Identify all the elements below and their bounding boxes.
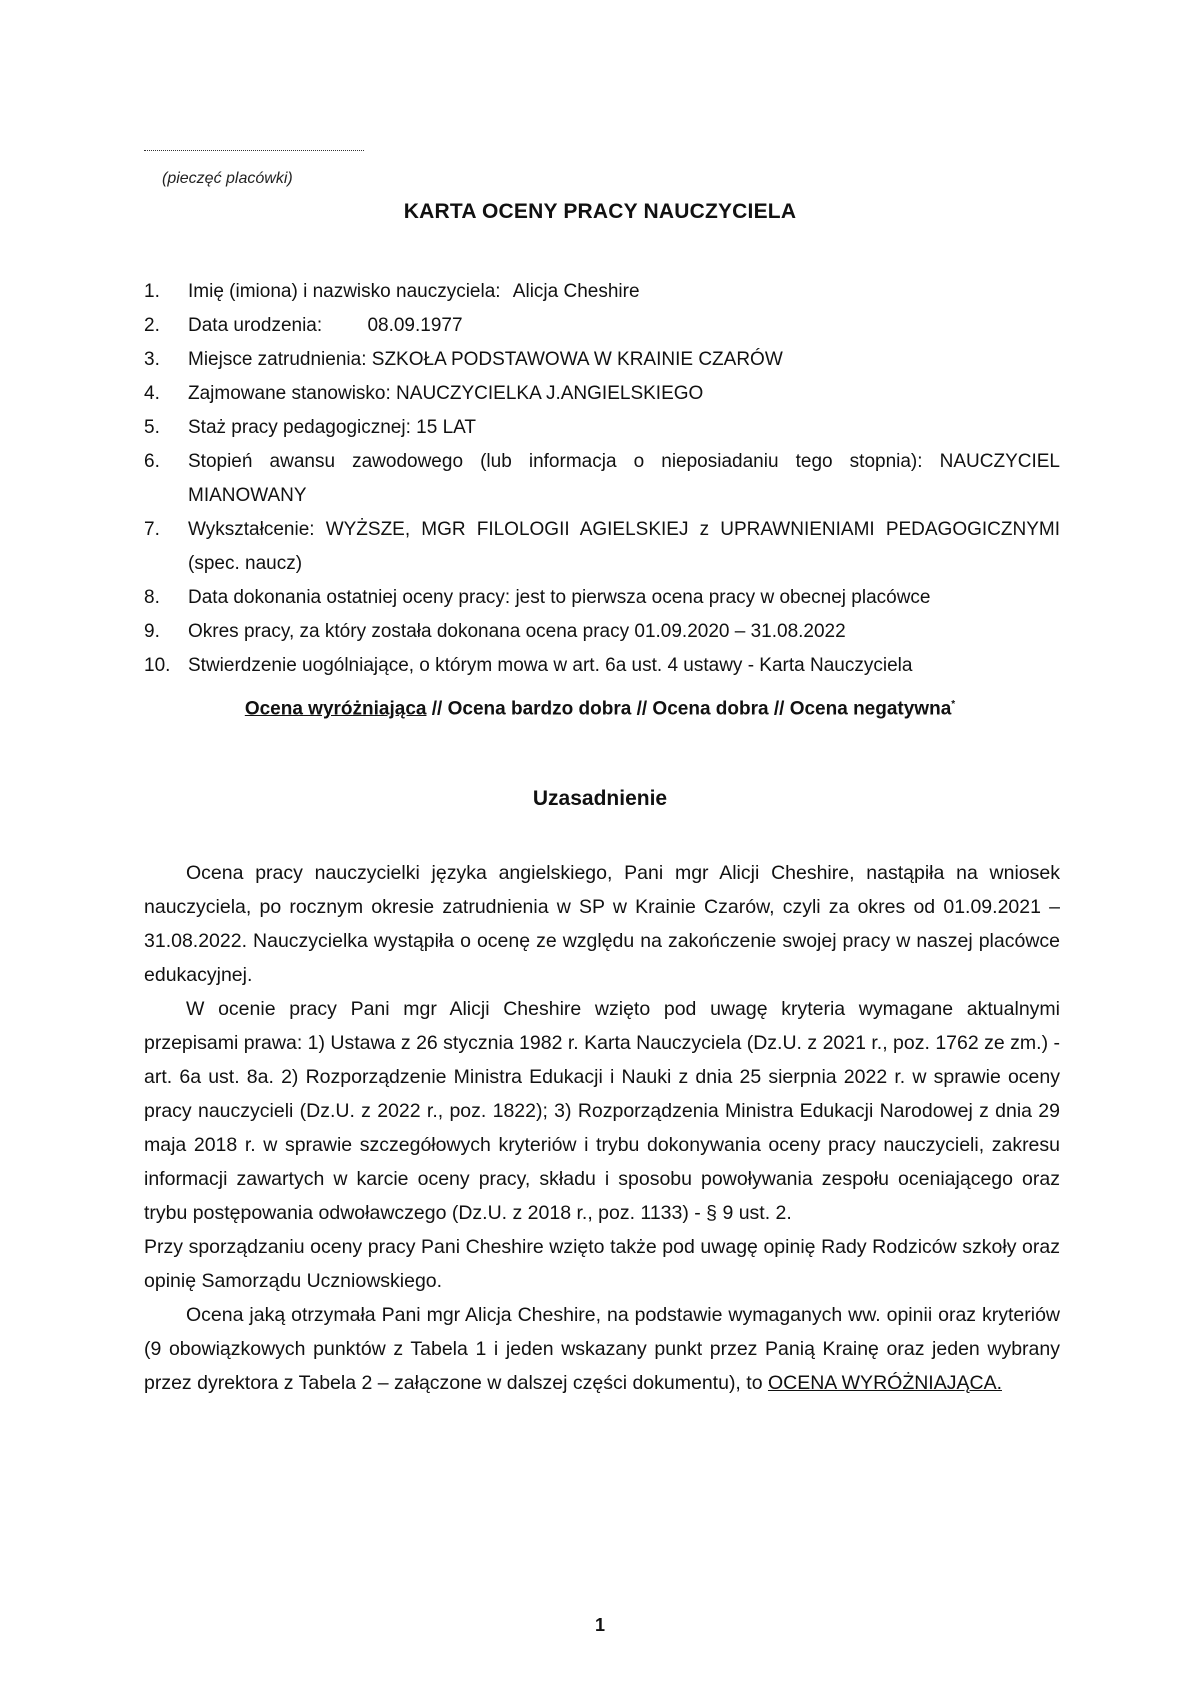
field-evaluation-period: 9. Okres pracy, za który została dokonan… <box>144 615 1060 649</box>
document-page: (pieczęć placówki) KARTA OCENY PRACY NAU… <box>0 0 1200 1696</box>
teacher-info-list: 1. Imię (imiona) i nazwisko nauczyciela:… <box>144 275 1060 683</box>
justification-paragraph: Ocena pracy nauczycielki języka angielsk… <box>144 856 1060 992</box>
field-label: Staż pracy pedagogicznej: <box>188 417 411 438</box>
field-position: 4. Zajmowane stanowisko: NAUCZYCIELKA J.… <box>144 377 1060 411</box>
field-value: WYŻSZE, MGR FILOLOGII AGIELSKIEJ z UPRAW… <box>188 519 1060 574</box>
field-label: Stwierdzenie uogólniające, o którym mowa… <box>188 655 912 676</box>
justification-title: Uzasadnienie <box>0 787 1200 811</box>
rating-option-distinguished: Ocena wyróżniająca <box>245 698 427 719</box>
document-title: KARTA OCENY PRACY NAUCZYCIELA <box>0 200 1200 224</box>
field-seniority: 5. Staż pracy pedagogicznej: 15 LAT <box>144 411 1060 445</box>
field-promotion-level: 6. Stopień awansu zawodowego (lub inform… <box>144 445 1060 513</box>
field-value: 01.09.2020 – 31.08.2022 <box>634 621 845 642</box>
field-last-evaluation-date: 8. Data dokonania ostatniej oceny pracy:… <box>144 581 1060 615</box>
footnote-marker: * <box>951 699 955 710</box>
stamp-label: (pieczęć placówki) <box>162 170 293 188</box>
field-label: Data urodzenia: <box>188 315 322 336</box>
field-label: Stopień awansu zawodowego (lub informacj… <box>188 451 923 472</box>
justification-paragraph: Przy sporządzaniu oceny pracy Pani Chesh… <box>144 1230 1060 1298</box>
field-label: Miejsce zatrudnienia: <box>188 349 366 370</box>
field-general-statement: 10. Stwierdzenie uogólniające, o którym … <box>144 649 1060 683</box>
field-value: Alicja Cheshire <box>513 281 640 302</box>
field-label: Data dokonania ostatniej oceny pracy: <box>188 587 510 608</box>
stamp-signature-line <box>144 150 364 151</box>
field-birth-date: 2. Data urodzenia: 08.09.1977 <box>144 309 1060 343</box>
field-label: Okres pracy, za który została dokonana o… <box>188 621 629 642</box>
page-number: 1 <box>0 1615 1200 1636</box>
field-label: Wykształcenie: <box>188 519 315 540</box>
field-workplace: 3. Miejsce zatrudnienia: SZKOŁA PODSTAWO… <box>144 343 1060 377</box>
rating-option-very-good: Ocena bardzo dobra <box>448 698 632 719</box>
field-label: Imię (imiona) i nazwisko nauczyciela: <box>188 281 501 302</box>
field-label: Zajmowane stanowisko: <box>188 383 391 404</box>
field-value: 08.09.1977 <box>367 315 462 336</box>
rating-option-negative: Ocena negatywna <box>790 698 952 719</box>
justification-paragraph: W ocenie pracy Pani mgr Alicji Cheshire … <box>144 992 1060 1230</box>
field-value: NAUCZYCIELKA J.ANGIELSKIEGO <box>396 383 703 404</box>
final-verdict: OCENA WYRÓŻNIAJĄCA. <box>768 1372 1002 1394</box>
field-teacher-name: 1. Imię (imiona) i nazwisko nauczyciela:… <box>144 275 1060 309</box>
justification-paragraph-final: Ocena jaką otrzymała Pani mgr Alicja Che… <box>144 1298 1060 1400</box>
field-value: jest to pierwsza ocena pracy w obecnej p… <box>515 587 930 608</box>
rating-options: Ocena wyróżniająca // Ocena bardzo dobra… <box>0 688 1200 726</box>
field-value: 15 LAT <box>416 417 476 438</box>
field-value: SZKOŁA PODSTAWOWA W KRAINIE CZARÓW <box>372 349 783 370</box>
rating-option-good: Ocena dobra <box>652 698 768 719</box>
field-education: 7. Wykształcenie: WYŻSZE, MGR FILOLOGII … <box>144 513 1060 581</box>
justification-body: Ocena pracy nauczycielki języka angielsk… <box>144 856 1060 1400</box>
